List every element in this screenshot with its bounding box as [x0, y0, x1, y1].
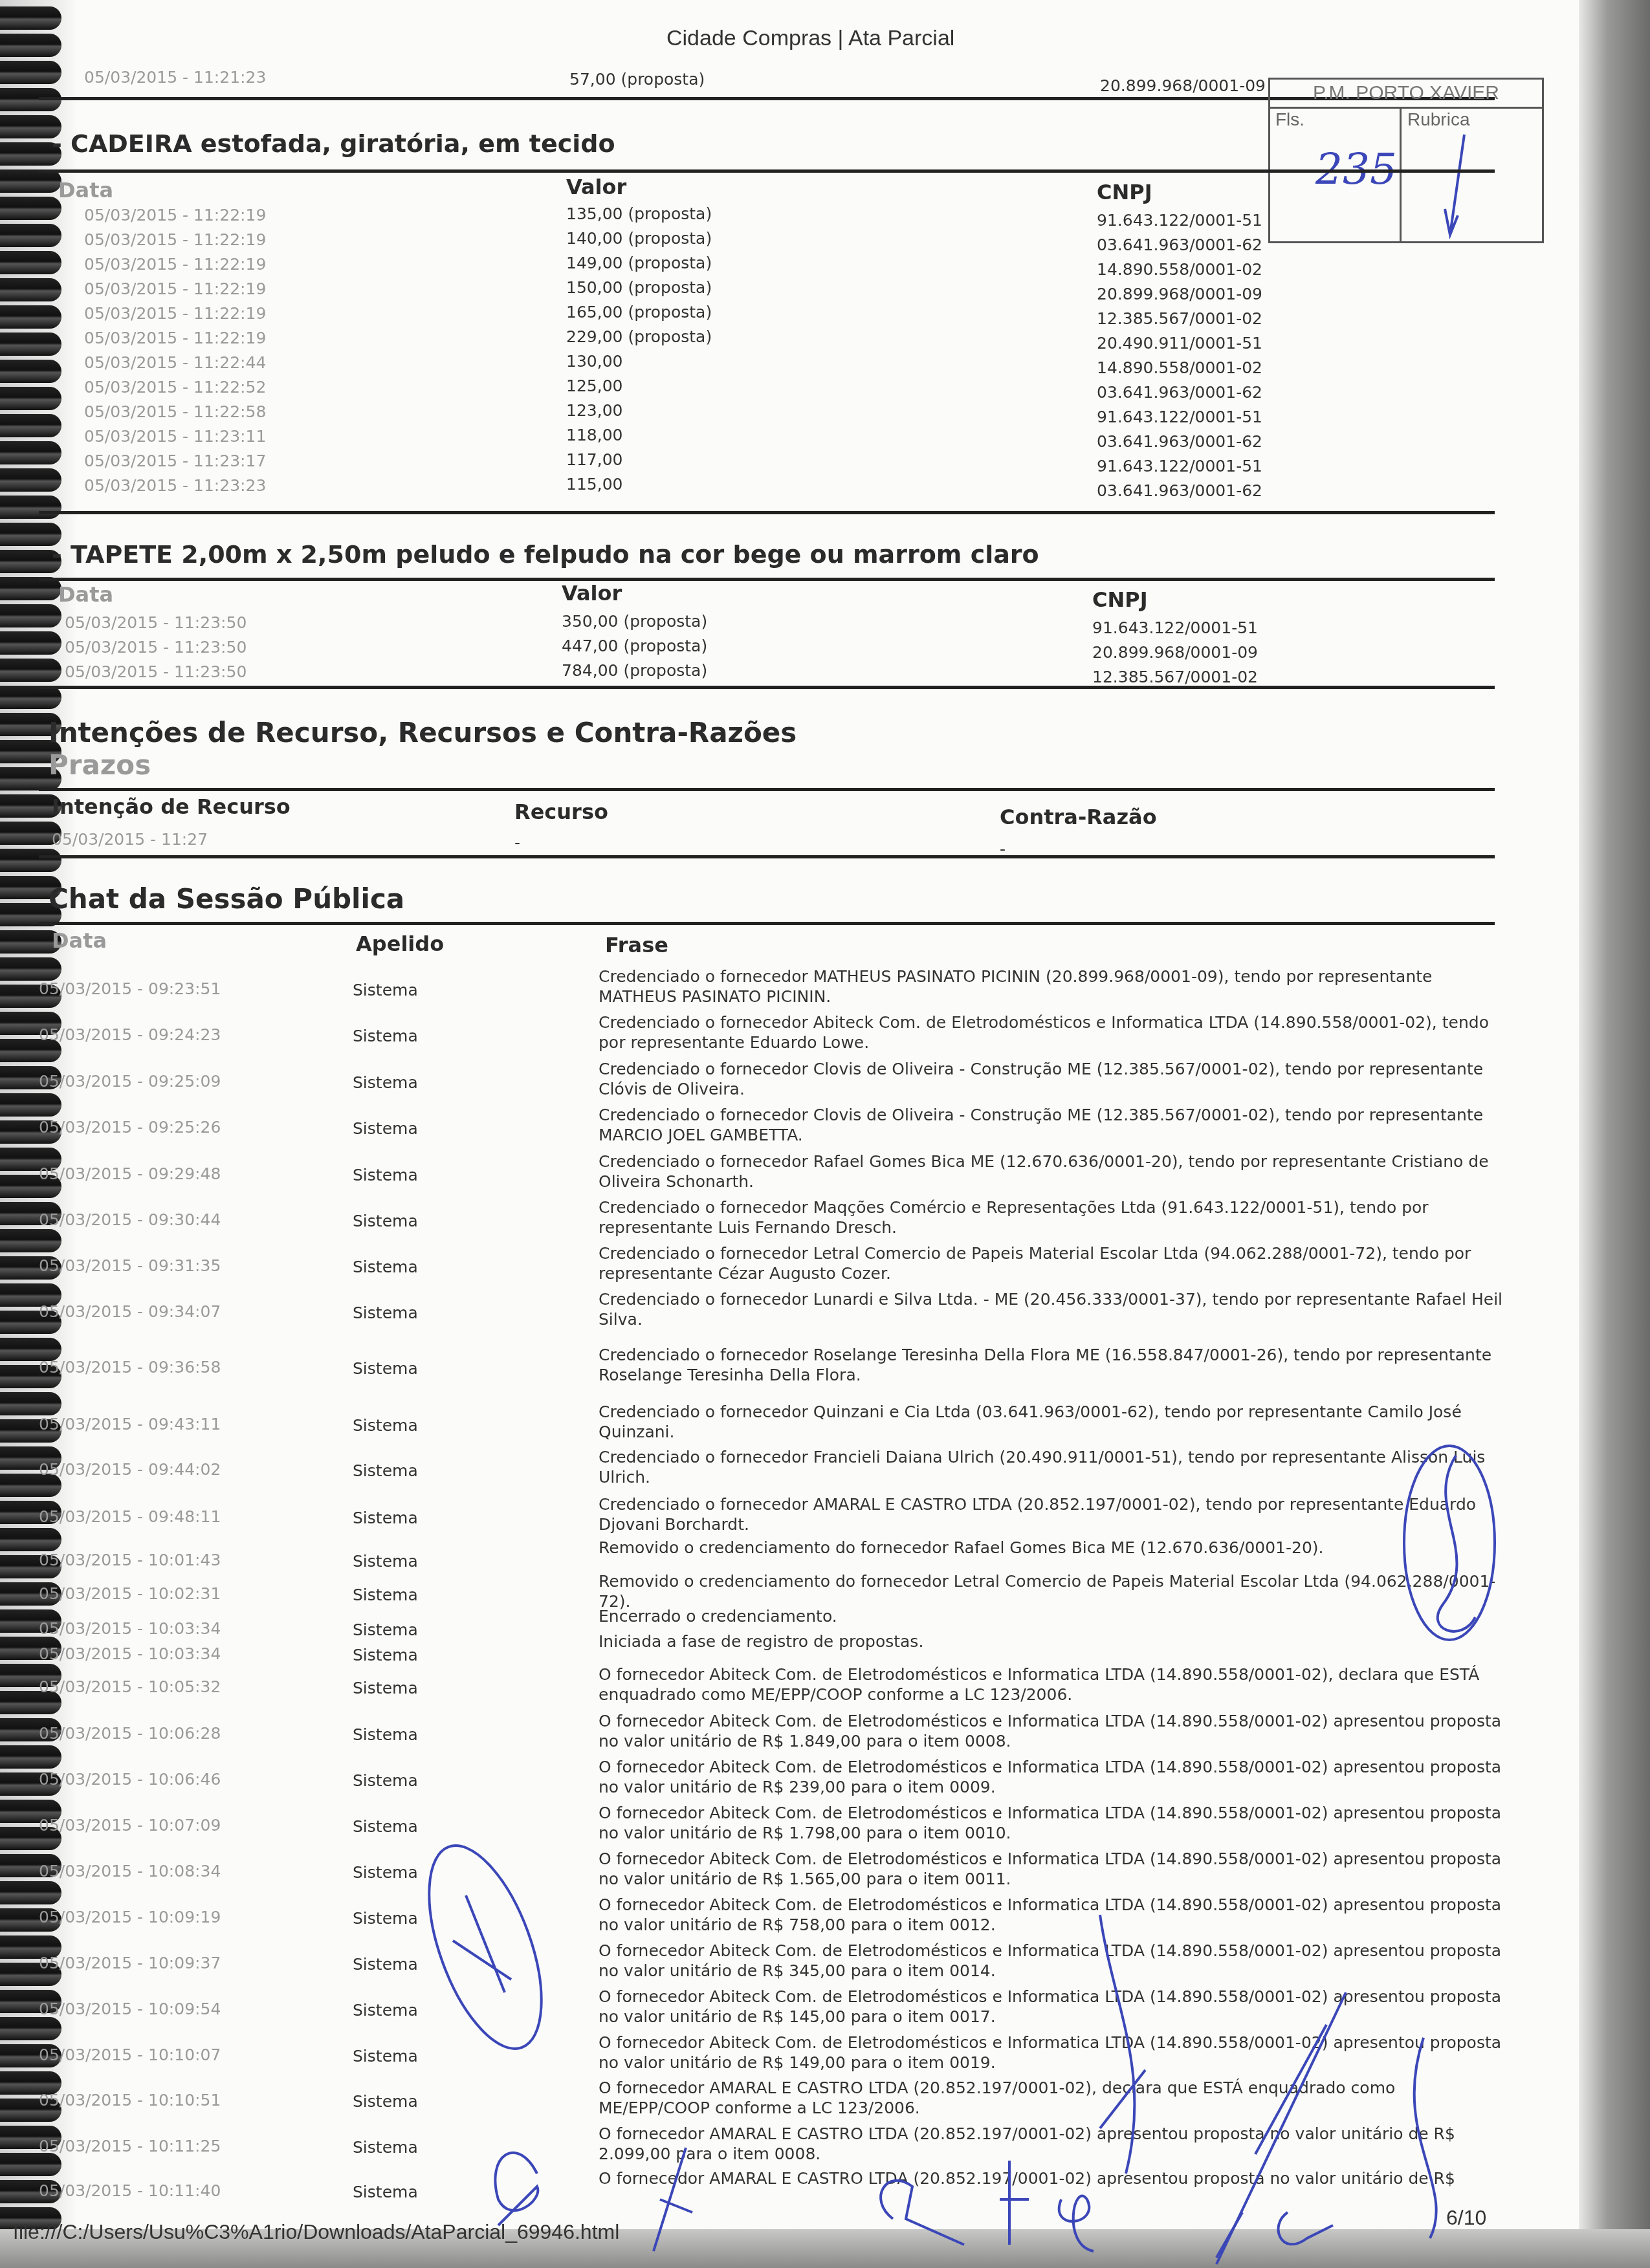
handwritten-signatures-icon	[0, 0, 1650, 2268]
